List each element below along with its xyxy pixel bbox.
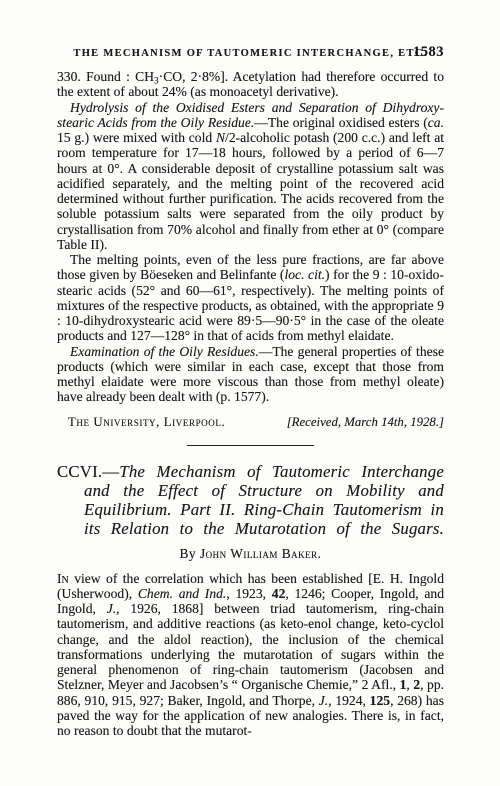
page-content: THE MECHANISM OF TAUTOMERIC INTERCHANGE,…	[57, 44, 444, 738]
paragraph-examination: Examination of the Oily Residues.—The ge…	[57, 344, 444, 405]
running-head: THE MECHANISM OF TAUTOMERIC INTERCHANGE,…	[57, 44, 444, 62]
paragraph-acetylation-result: 330. Found : CH3·CO, 2·8%]. Acetylation …	[57, 69, 444, 100]
paragraph-article-opening: In view of the correlation which has bee…	[57, 571, 444, 739]
paragraph-melting-points: The melting points, even of the less pur…	[57, 252, 444, 344]
received-date: [Received, March 14th, 1928.]	[287, 415, 444, 430]
author-affiliation: The University, Liverpool.	[57, 415, 225, 430]
journal-page: THE MECHANISM OF TAUTOMERIC INTERCHANGE,…	[0, 0, 500, 786]
page-number: 1583	[413, 44, 444, 61]
paragraph-hydrolysis: Hydrolysis of the Oxidised Esters and Se…	[57, 100, 444, 253]
article-byline: By John William Baker.	[57, 546, 444, 562]
signature-row: The University, Liverpool. [Received, Ma…	[57, 415, 444, 430]
running-head-title: THE MECHANISM OF TAUTOMERIC INTERCHANGE,…	[57, 44, 444, 59]
article-title: CCVI.—The Mechanism of Tautomeric Interc…	[57, 462, 444, 538]
section-divider-rule	[187, 445, 314, 446]
